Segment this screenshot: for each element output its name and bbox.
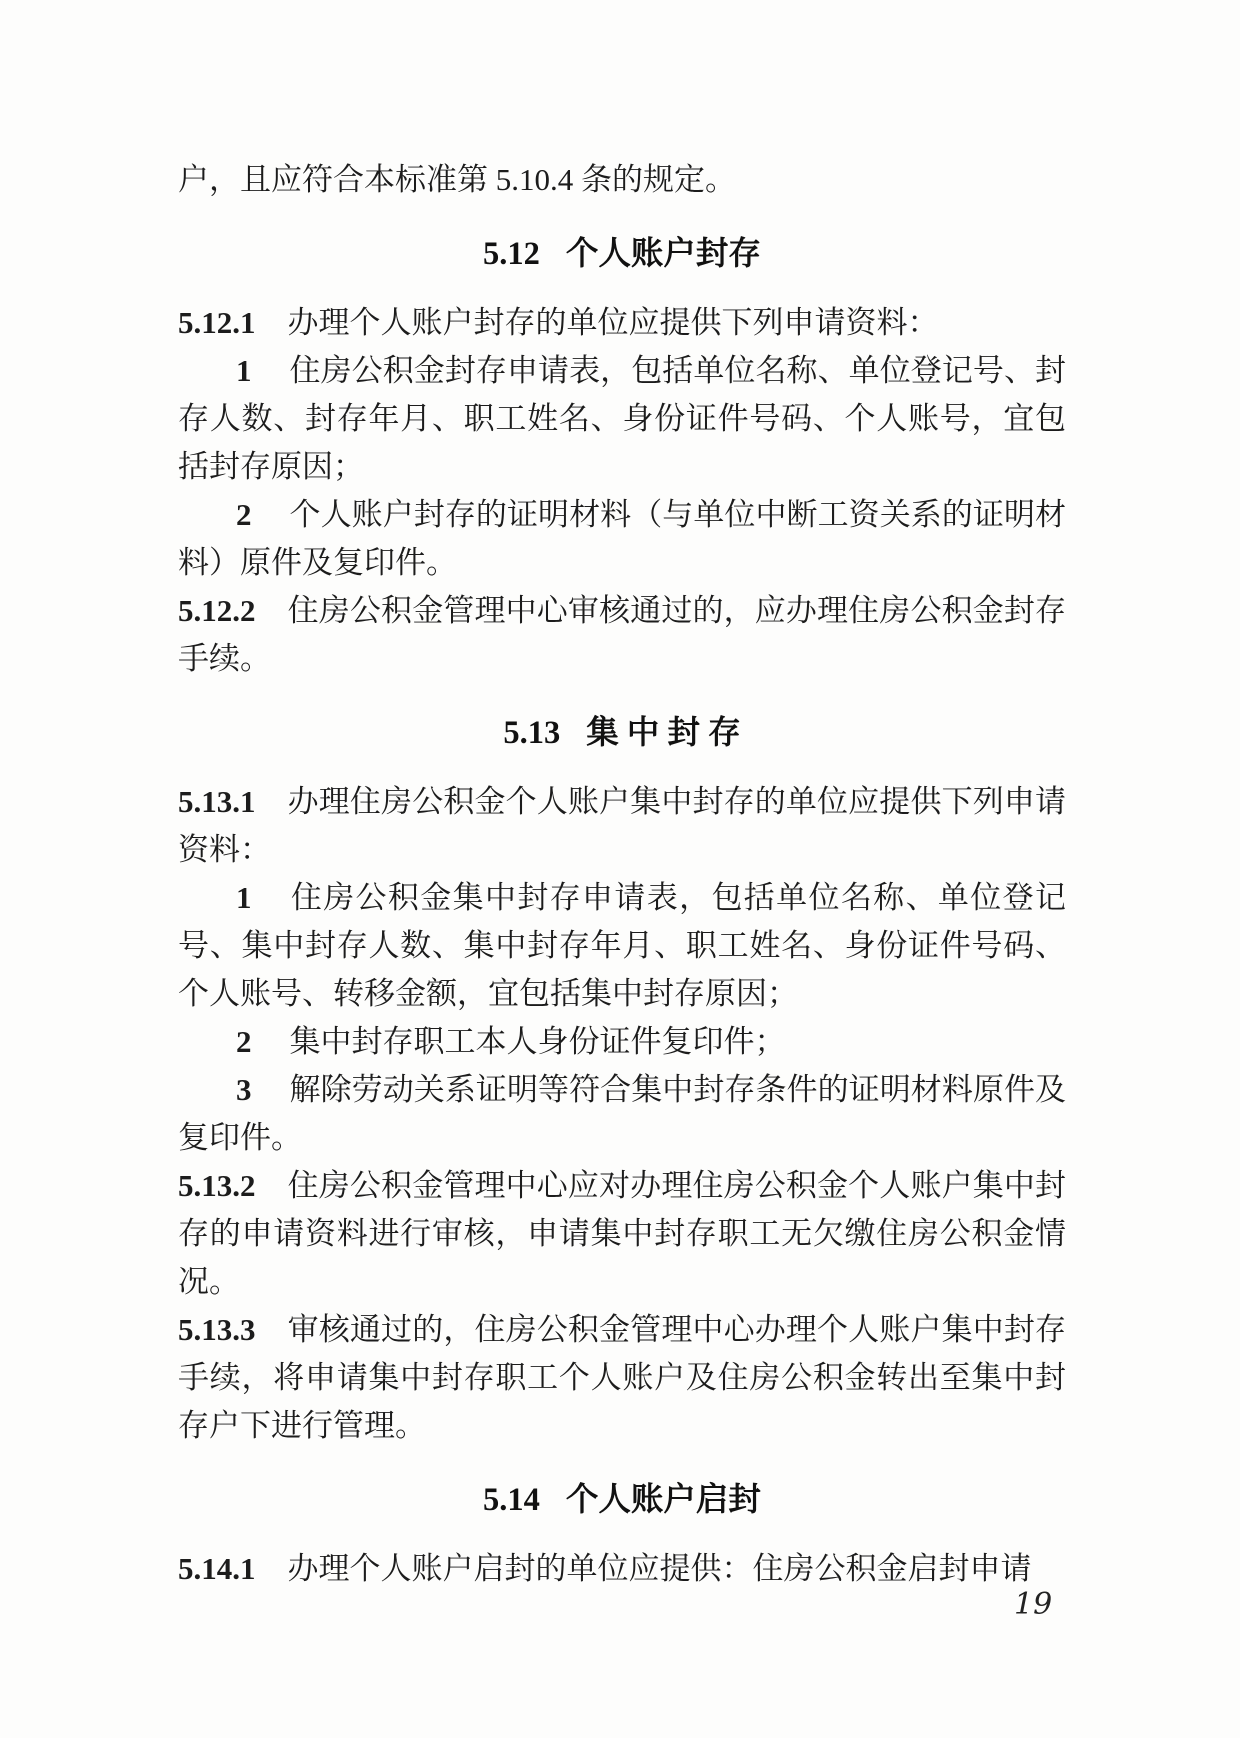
section-title: 集 中 封 存 bbox=[586, 715, 740, 751]
clause-number: 5.13.1 bbox=[178, 784, 256, 819]
item-number: 1 bbox=[236, 880, 252, 915]
section-number: 5.14 bbox=[483, 1482, 540, 1518]
section-heading-5-12: 5.12个人账户封存 bbox=[178, 230, 1066, 278]
clause-number: 5.12.2 bbox=[178, 593, 256, 628]
item-number: 2 bbox=[236, 497, 252, 532]
clause-text: 住房公积金管理中心审核通过的，应办理住房公积金封存手续。 bbox=[178, 593, 1066, 676]
section-number: 5.13 bbox=[503, 715, 560, 751]
clause-text: 住房公积金管理中心应对办理住房公积金个人账户集中封存的申请资料进行审核，申请集中… bbox=[178, 1168, 1066, 1299]
item-number: 2 bbox=[236, 1024, 252, 1059]
clause-5-14-1: 5.14.1办理个人账户启封的单位应提供：住房公积金启封申请 bbox=[178, 1545, 1066, 1593]
clause-5-13-3: 5.13.3审核通过的，住房公积金管理中心办理个人账户集中封存手续，将申请集中封… bbox=[178, 1306, 1066, 1450]
clause-number: 5.12.1 bbox=[178, 305, 256, 340]
item-text: 住房公积金集中封存申请表，包括单位名称、单位登记号、集中封存人数、集中封存年月、… bbox=[178, 880, 1066, 1011]
page-content: 户，且应符合本标准第 5.10.4 条的规定。 5.12个人账户封存 5.12.… bbox=[178, 156, 1066, 1593]
clause-text: 办理个人账户启封的单位应提供：住房公积金启封申请 bbox=[288, 1551, 1032, 1586]
item-text: 集中封存职工本人身份证件复印件； bbox=[290, 1024, 786, 1059]
section-heading-5-13: 5.13集 中 封 存 bbox=[178, 709, 1066, 757]
item-text: 个人账户封存的证明材料（与单位中断工资关系的证明材料）原件及复印件。 bbox=[178, 497, 1066, 580]
section-heading-5-14: 5.14个人账户启封 bbox=[178, 1476, 1066, 1524]
list-item-2: 2集中封存职工本人身份证件复印件； bbox=[178, 1018, 1066, 1066]
clause-number: 5.14.1 bbox=[178, 1551, 256, 1586]
clause-text: 审核通过的，住房公积金管理中心办理个人账户集中封存手续，将申请集中封存职工个人账… bbox=[178, 1312, 1066, 1443]
clause-5-12-1: 5.12.1办理个人账户封存的单位应提供下列申请资料： bbox=[178, 299, 1066, 347]
paragraph-continuation: 户，且应符合本标准第 5.10.4 条的规定。 bbox=[178, 156, 1066, 204]
section-number: 5.12 bbox=[483, 236, 540, 272]
document-page: 户，且应符合本标准第 5.10.4 条的规定。 5.12个人账户封存 5.12.… bbox=[0, 0, 1240, 1738]
section-title: 个人账户启封 bbox=[566, 1482, 761, 1518]
clause-5-12-2: 5.12.2住房公积金管理中心审核通过的，应办理住房公积金封存手续。 bbox=[178, 587, 1066, 683]
item-number: 1 bbox=[236, 353, 252, 388]
list-item-1: 1住房公积金集中封存申请表，包括单位名称、单位登记号、集中封存人数、集中封存年月… bbox=[178, 874, 1066, 1018]
clause-5-13-2: 5.13.2住房公积金管理中心应对办理住房公积金个人账户集中封存的申请资料进行审… bbox=[178, 1162, 1066, 1306]
section-title: 个人账户封存 bbox=[566, 236, 761, 272]
clause-number: 5.13.2 bbox=[178, 1168, 256, 1203]
list-item-3: 3解除劳动关系证明等符合集中封存条件的证明材料原件及复印件。 bbox=[178, 1066, 1066, 1162]
page-number: 19 bbox=[1014, 1588, 1052, 1622]
clause-text: 办理个人账户封存的单位应提供下列申请资料： bbox=[288, 305, 939, 340]
clause-text: 办理住房公积金个人账户集中封存的单位应提供下列申请资料： bbox=[178, 784, 1066, 867]
list-item-1: 1住房公积金封存申请表，包括单位名称、单位登记号、封存人数、封存年月、职工姓名、… bbox=[178, 347, 1066, 491]
item-number: 3 bbox=[236, 1072, 252, 1107]
list-item-2: 2个人账户封存的证明材料（与单位中断工资关系的证明材料）原件及复印件。 bbox=[178, 491, 1066, 587]
item-text: 住房公积金封存申请表，包括单位名称、单位登记号、封存人数、封存年月、职工姓名、身… bbox=[178, 353, 1066, 484]
item-text: 解除劳动关系证明等符合集中封存条件的证明材料原件及复印件。 bbox=[178, 1072, 1066, 1155]
clause-number: 5.13.3 bbox=[178, 1312, 256, 1347]
clause-5-13-1: 5.13.1办理住房公积金个人账户集中封存的单位应提供下列申请资料： bbox=[178, 778, 1066, 874]
